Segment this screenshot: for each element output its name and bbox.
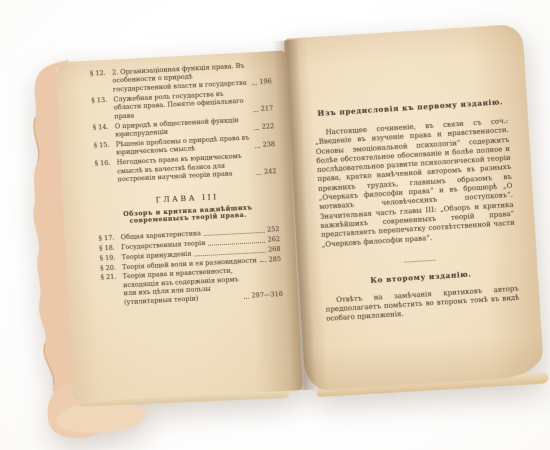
chapter-subtitle: Обзоръ и критика важнѣйшихъ современныхъ…: [97, 203, 278, 226]
toc-entry-page: 262: [267, 235, 280, 244]
toc-entry-page: 238: [262, 141, 275, 150]
toc-entry-page: 222: [261, 122, 274, 131]
toc-entry-page: 242: [264, 167, 277, 176]
toc-entry-page: 252: [267, 225, 280, 234]
table-of-contents-lower: § 17. Общая характеристика 252 § 18. Гос…: [98, 225, 283, 308]
photo-stage: § 12. 2. Организаціонная функція права. …: [0, 0, 550, 450]
toc-entry-title: Теоріи права и нравственности, исходящія…: [123, 267, 241, 307]
toc-entry-page: 217: [260, 104, 273, 113]
right-page: Изъ предисловія къ первому изданію. Наст…: [284, 24, 545, 391]
toc-entry-number: § 19.: [100, 253, 122, 263]
toc-leader-dots: [253, 111, 258, 112]
open-book: § 12. 2. Организаціонная функція права. …: [55, 32, 543, 408]
toc-leader-dots: [260, 261, 266, 262]
toc-entry-number: § 21.: [101, 273, 123, 283]
toc-leader-dots: [244, 297, 249, 298]
toc-entry-number: § 14.: [93, 122, 115, 132]
toc-entry-page: 268: [268, 245, 281, 254]
preface-first-edition-heading: Изъ предисловія къ первому изданію.: [313, 97, 507, 118]
toc-leader-dots: [256, 174, 261, 175]
toc-entry-page: 285: [268, 255, 281, 264]
toc-entry-number: § 15.: [94, 140, 116, 150]
toc-entry-number: § 18.: [99, 243, 121, 253]
toc-leader-dots: [255, 147, 260, 148]
toc-entry-page: 196: [259, 77, 272, 86]
toc-entry-number: § 16.: [95, 159, 117, 169]
toc-leader-dots: [251, 84, 256, 85]
toc-entry-number: § 17.: [98, 233, 120, 243]
toc-entry-title: Негодность права въ юридическомъ смыслѣ …: [117, 152, 254, 184]
section-divider: [404, 260, 436, 263]
preface-second-edition-heading: Ко второму изданію.: [324, 266, 518, 287]
preface-first-edition-text: Настоящее сочиненіе, въ связи съ соч.: „…: [314, 117, 515, 250]
preface-second-edition-text: Отвѣтъ на замѣчанія критиковъ авторъ пре…: [325, 284, 520, 324]
table-of-contents-upper: § 12. 2. Организаціонная функція права. …: [90, 60, 277, 185]
toc-leader-dots: [254, 129, 259, 130]
left-page: § 12. 2. Организаціонная функція права. …: [55, 50, 302, 402]
toc-entry-page: 297—316: [251, 290, 283, 300]
toc-entry-number: § 13.: [91, 95, 113, 105]
toc-entry-number: § 12.: [90, 69, 112, 79]
toc-leader-dots: [209, 241, 265, 245]
toc-entry-number: § 20.: [100, 263, 122, 273]
